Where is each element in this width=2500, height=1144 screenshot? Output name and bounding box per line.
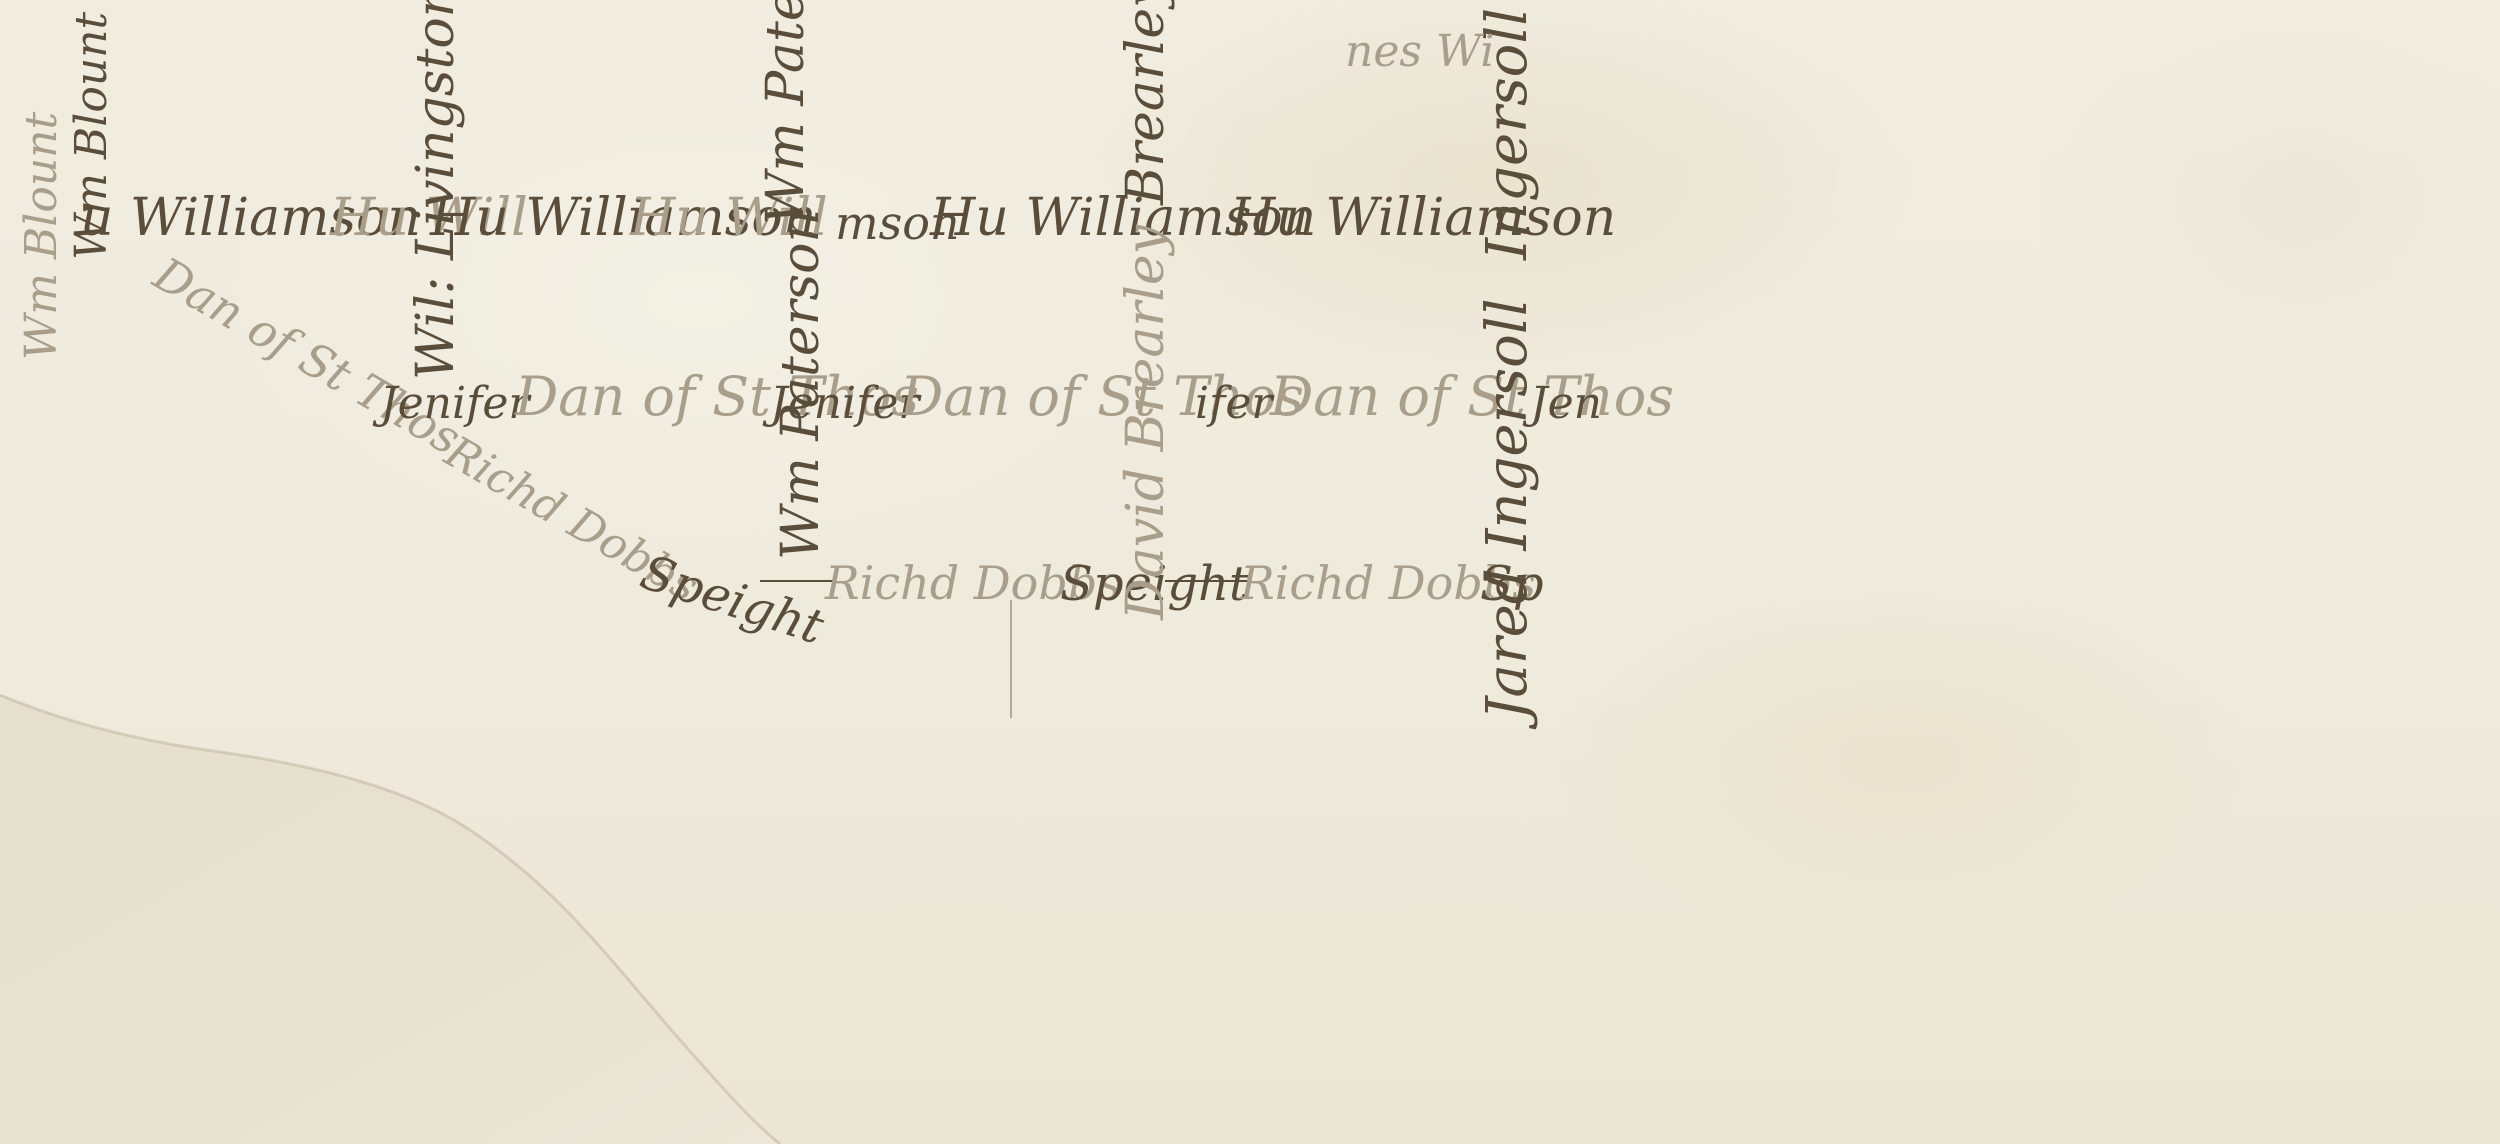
signature-ingersoll: Jared Ingersoll	[1480, 298, 1536, 720]
signature-williamson: Hu Williamson	[1230, 192, 1616, 244]
signature-blount: Wm Blount	[70, 12, 114, 260]
signature-jenifer: ifer	[1195, 382, 1272, 426]
signature-brearley: Brearley	[1120, 0, 1172, 205]
signature-paterson: Wm Paterson	[760, 0, 812, 225]
signature-underline	[760, 580, 835, 582]
signature-jenifer: Jenifer	[380, 382, 529, 426]
signature-underline	[1165, 580, 1250, 582]
signature-paterson: Wm Paterson	[775, 209, 827, 560]
signature-brearley: David Brearley	[1120, 225, 1172, 620]
signature-livingston: Wil: Livingston	[410, 0, 462, 380]
signature-jenifer: Jen	[1530, 382, 1602, 426]
signature-blount: Wm Blount	[20, 112, 64, 360]
signature-wilson: nes Wi	[1345, 30, 1494, 74]
signature-jenifer: Dan of St Thos	[1270, 370, 1674, 424]
vertical-rule	[1010, 600, 1012, 718]
